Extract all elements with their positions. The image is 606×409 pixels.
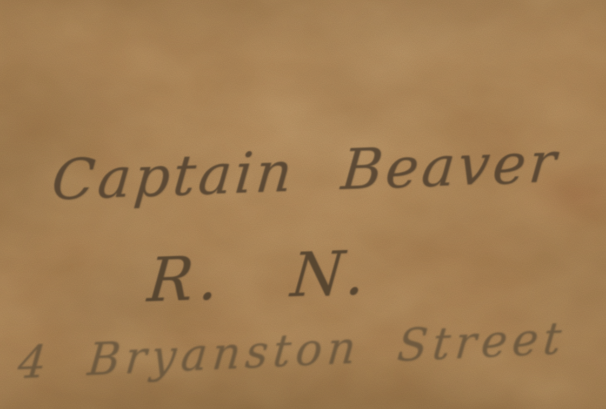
paper-light-blotch-texture [0,0,606,409]
paper-mottling [0,0,606,409]
inscription-address-line: 4 Bryanston Street [16,313,569,389]
paper-grain-texture [0,0,606,409]
inscription-name-line: Captain Beaver [49,130,561,213]
inscription-rank-line: R. N. [145,238,374,316]
handwritten-note-photo: Captain Beaver R. N. 4 Bryanston Street [0,0,606,409]
paper-blotch-texture [0,0,606,409]
